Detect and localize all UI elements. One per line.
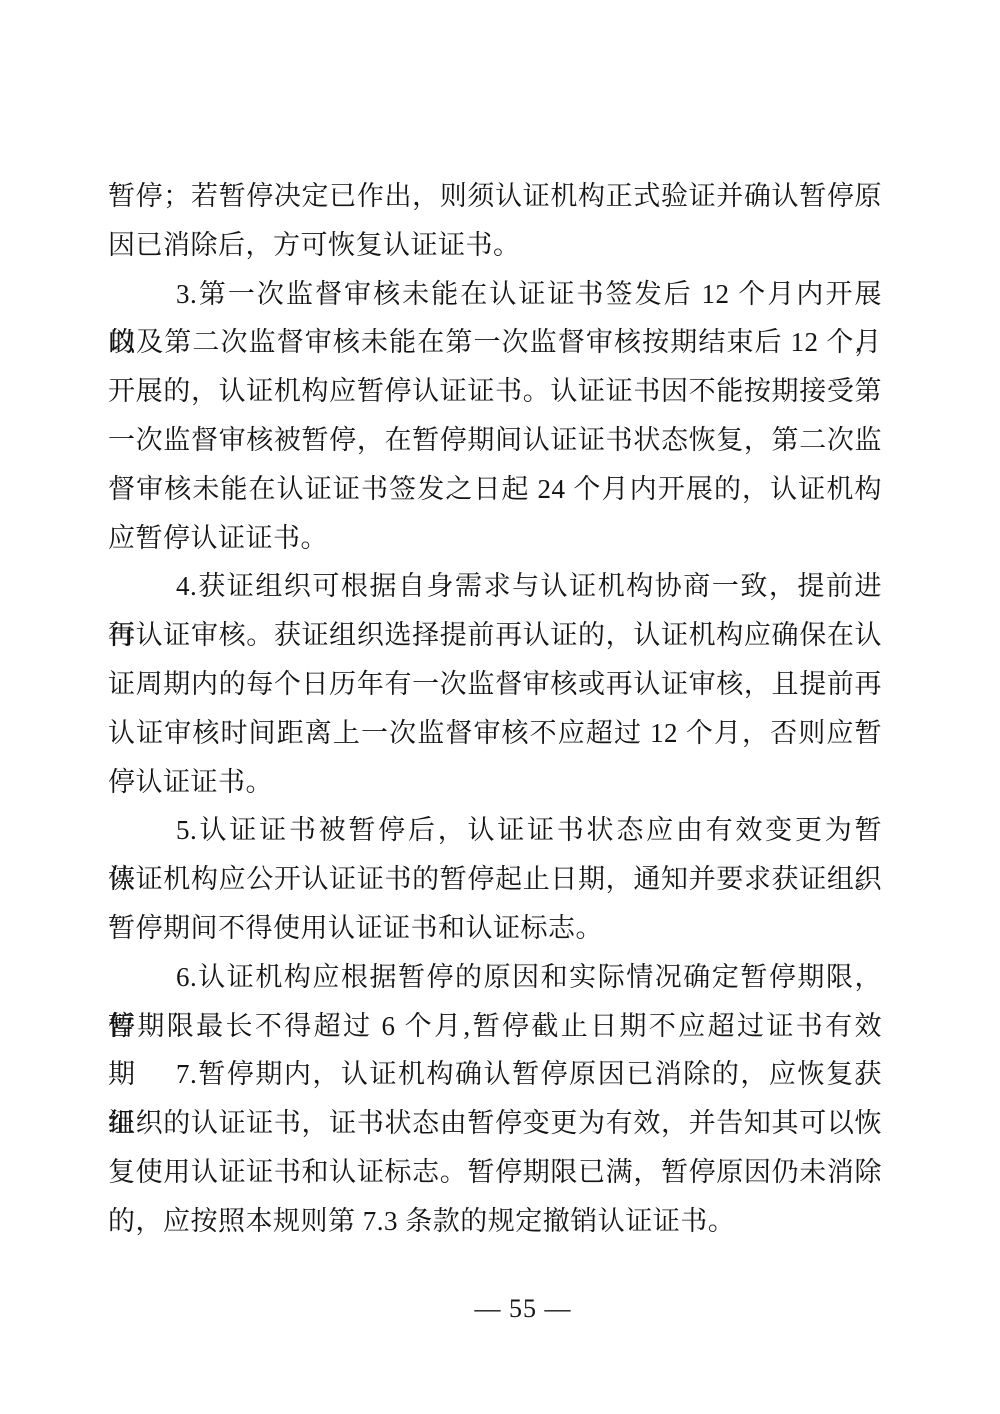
text-line: 4.获证组织可根据自身需求与认证机构协商一致，提前进行 xyxy=(108,562,882,611)
page-number: — 55 — xyxy=(475,1294,572,1323)
text-line: 因已消除后，方可恢复认证证书。 xyxy=(108,221,882,270)
text-line: 督审核未能在认证证书签发之日起 24 个月内开展的，认证机构 xyxy=(108,465,882,514)
text-line: 证周期内的每个日历年有一次监督审核或再认证审核，且提前再 xyxy=(108,660,882,709)
para-item-3: 3.第一次监督审核未能在认证证书签发后 12 个月内开展的，以及第二次监督审核未… xyxy=(108,270,882,563)
text-line: 开展的，认证机构应暂停认证证书。认证证书因不能按期接受第 xyxy=(108,367,882,416)
text-line: 6.认证机构应根据暂停的原因和实际情况确定暂停期限，暂 xyxy=(108,953,882,1002)
text-line: 暂停；若暂停决定已作出，则须认证机构正式验证并确认暂停原 xyxy=(108,172,882,221)
para-item-5: 5.认证证书被暂停后，认证证书状态应由有效变更为暂停。认证机构应公开认证证书的暂… xyxy=(108,806,882,952)
text-line: 组织的认证证书，证书状态由暂停变更为有效，并告知其可以恢 xyxy=(108,1099,882,1148)
text-line: 再认证审核。获证组织选择提前再认证的，认证机构应确保在认 xyxy=(108,611,882,660)
text-line: 5.认证证书被暂停后，认证证书状态应由有效变更为暂停。 xyxy=(108,806,882,855)
text-line: 停认证证书。 xyxy=(108,758,882,807)
page-footer: — 55 — xyxy=(108,1294,938,1324)
text-line: 暂停期间不得使用认证证书和认证标志。 xyxy=(108,904,882,953)
text-line: 停期限最长不得超过 6 个月,暂停截止日期不应超过证书有效期。 xyxy=(108,1002,882,1051)
text-line: 7.暂停期内，认证机构确认暂停原因已消除的，应恢复获证 xyxy=(108,1050,882,1099)
text-line: 认证审核时间距离上一次监督审核不应超过 12 个月，否则应暂 xyxy=(108,709,882,758)
document-page: 暂停；若暂停决定已作出，则须认证机构正式验证并确认暂停原因已消除后，方可恢复认证… xyxy=(0,0,1000,1414)
text-line: 3.第一次监督审核未能在认证证书签发后 12 个月内开展的， xyxy=(108,270,882,319)
text-line: 复使用认证证书和认证标志。暂停期限已满，暂停原因仍未消除 xyxy=(108,1148,882,1197)
text-line: 应暂停认证证书。 xyxy=(108,514,882,563)
document-body: 暂停；若暂停决定已作出，则须认证机构正式验证并确认暂停原因已消除后，方可恢复认证… xyxy=(108,172,882,1246)
para-item-7: 7.暂停期内，认证机构确认暂停原因已消除的，应恢复获证组织的认证证书，证书状态由… xyxy=(108,1050,882,1245)
text-line: 一次监督审核被暂停，在暂停期间认证证书状态恢复，第二次监 xyxy=(108,416,882,465)
text-line: 的，应按照本规则第 7.3 条款的规定撤销认证证书。 xyxy=(108,1197,882,1246)
para-item-6: 6.认证机构应根据暂停的原因和实际情况确定暂停期限，暂停期限最长不得超过 6 个… xyxy=(108,953,882,1051)
para-continuation: 暂停；若暂停决定已作出，则须认证机构正式验证并确认暂停原因已消除后，方可恢复认证… xyxy=(108,172,882,270)
para-item-4: 4.获证组织可根据自身需求与认证机构协商一致，提前进行再认证审核。获证组织选择提… xyxy=(108,562,882,806)
text-line: 以及第二次监督审核未能在第一次监督审核按期结束后 12 个月 xyxy=(108,318,882,367)
text-line: 认证机构应公开认证证书的暂停起止日期，通知并要求获证组织 xyxy=(108,855,882,904)
